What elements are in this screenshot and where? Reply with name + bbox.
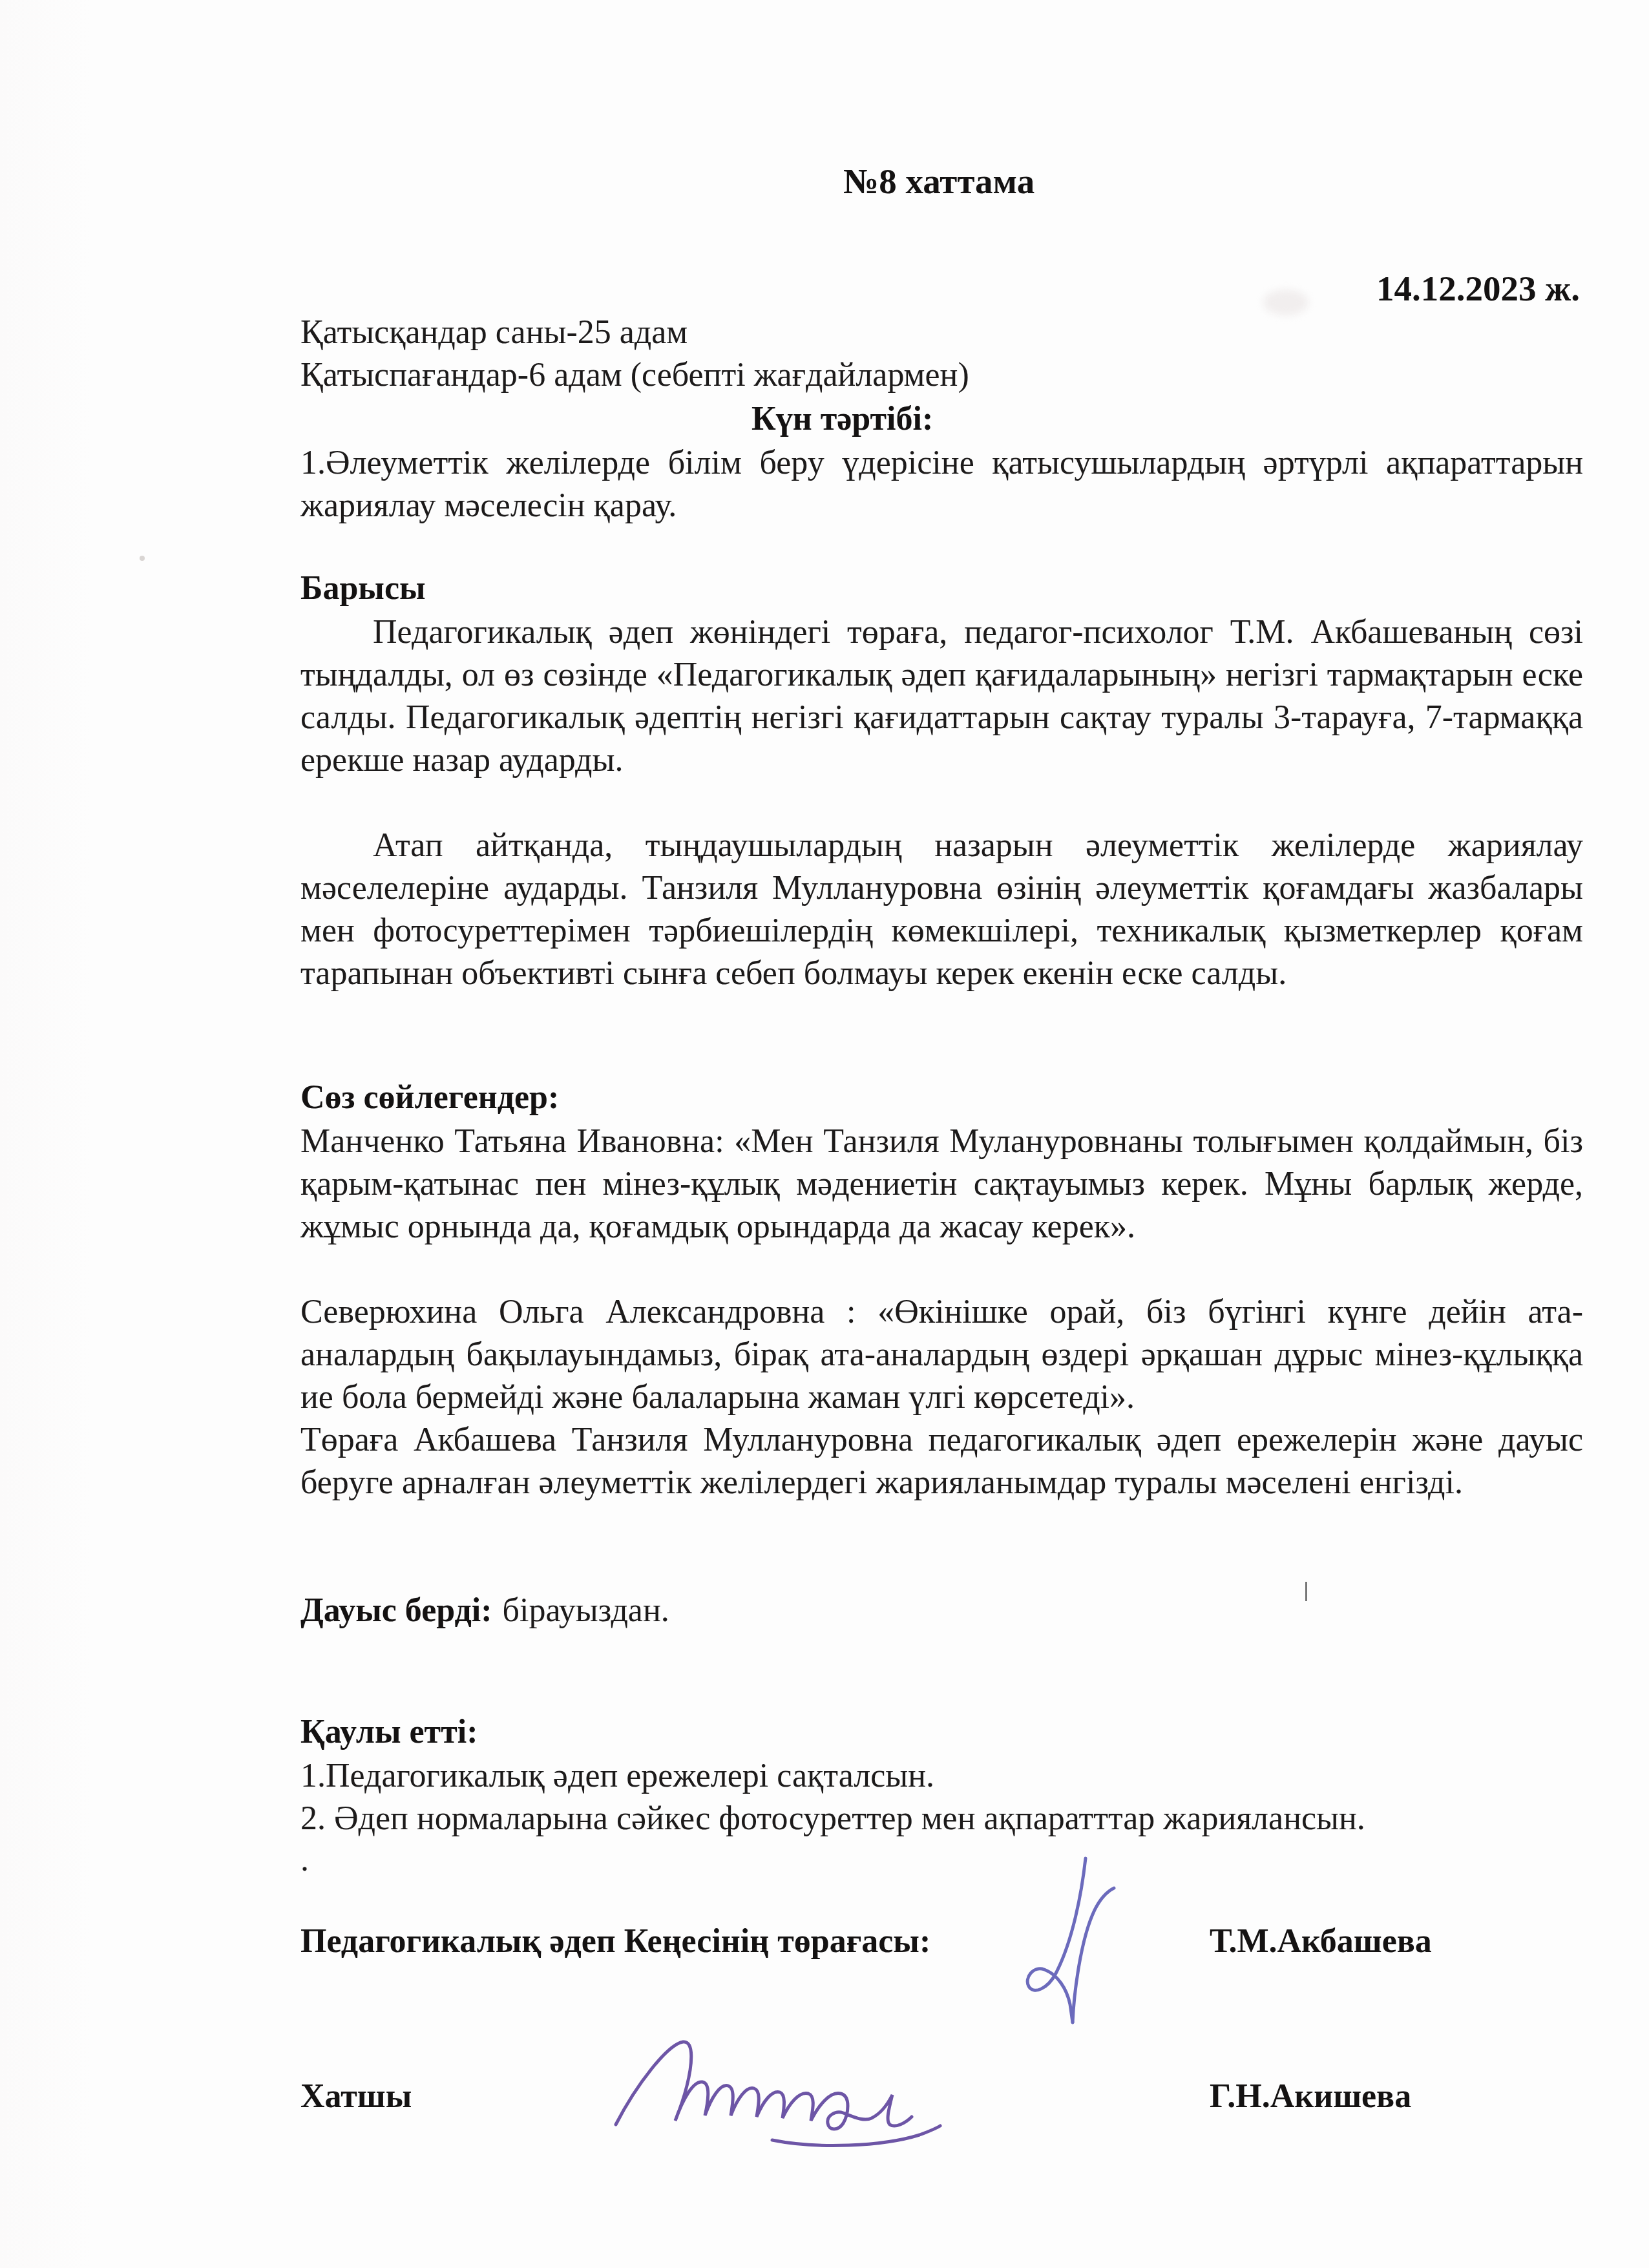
chair-introduced-paragraph: Төраға Акбашева Танзиля Муллануровна пед… (300, 1419, 1583, 1504)
agenda-item-paragraph: 1.Әлеуметтік желілерде білім беру үдеріс… (300, 442, 1583, 527)
vote-line: Дауыс берді:бірауыздан. (300, 1590, 1583, 1632)
resolution-heading: Қаулы етті: (300, 1711, 1583, 1754)
chairman-name: Т.М.Акбашева (1210, 1920, 1432, 1963)
vote-label: Дауыс берді: (300, 1592, 492, 1629)
stray-period: . (300, 1839, 1583, 1882)
scan-speck (140, 556, 145, 561)
attended-count-line: Қатысқандар саны-25 адам (300, 311, 1583, 354)
document-page: №8 хаттама 14.12.2023 ж. Қатысқандар сан… (0, 0, 1649, 2268)
document-date: 14.12.2023 ж. (1376, 268, 1580, 310)
resolution-item-1: 1.Педагогикалық әдеп ережелері сақталсын… (300, 1755, 1583, 1798)
secretary-label: Хатшы (300, 2075, 412, 2118)
agenda-heading: Күн тәртібі: (751, 398, 933, 441)
secretary-signature-underline (772, 2126, 940, 2145)
vote-result: бірауыздан. (503, 1592, 669, 1629)
speaker-2-paragraph: Северюхина Ольга Александровна : «Өкініш… (300, 1291, 1583, 1419)
secretary-signature-stroke (616, 2042, 912, 2129)
progress-paragraph-2: Атап айтқанда, тыңдаушылардың назарын әл… (300, 824, 1583, 995)
absent-count-line: Қатыспағандар-6 адам (себепті жағдайларм… (300, 354, 1583, 397)
speaker-1-paragraph: Манченко Татьяна Ивановна: «Мен Танзиля … (300, 1120, 1583, 1248)
secretary-signature (611, 2026, 985, 2149)
progress-paragraph-1: Педагогикалық әдеп жөніндегі төраға, пед… (300, 611, 1583, 782)
progress-heading: Барысы (300, 567, 1583, 610)
chairman-signature (1003, 1856, 1126, 2025)
scan-speck (1305, 1582, 1307, 1601)
speakers-heading: Сөз сөйлегендер: (300, 1076, 1583, 1119)
chairman-signature-stroke (1027, 1858, 1086, 2022)
document-title: №8 хаттама (843, 160, 1035, 203)
resolution-item-2: 2. Әдеп нормаларына сәйкес фотосуреттер … (300, 1798, 1583, 1840)
scan-smudge (1263, 289, 1308, 315)
chairman-label: Педагогикалық әдеп Кеңесінің төрағасы: (300, 1920, 930, 1963)
secretary-name: Г.Н.Акишева (1210, 2075, 1411, 2118)
